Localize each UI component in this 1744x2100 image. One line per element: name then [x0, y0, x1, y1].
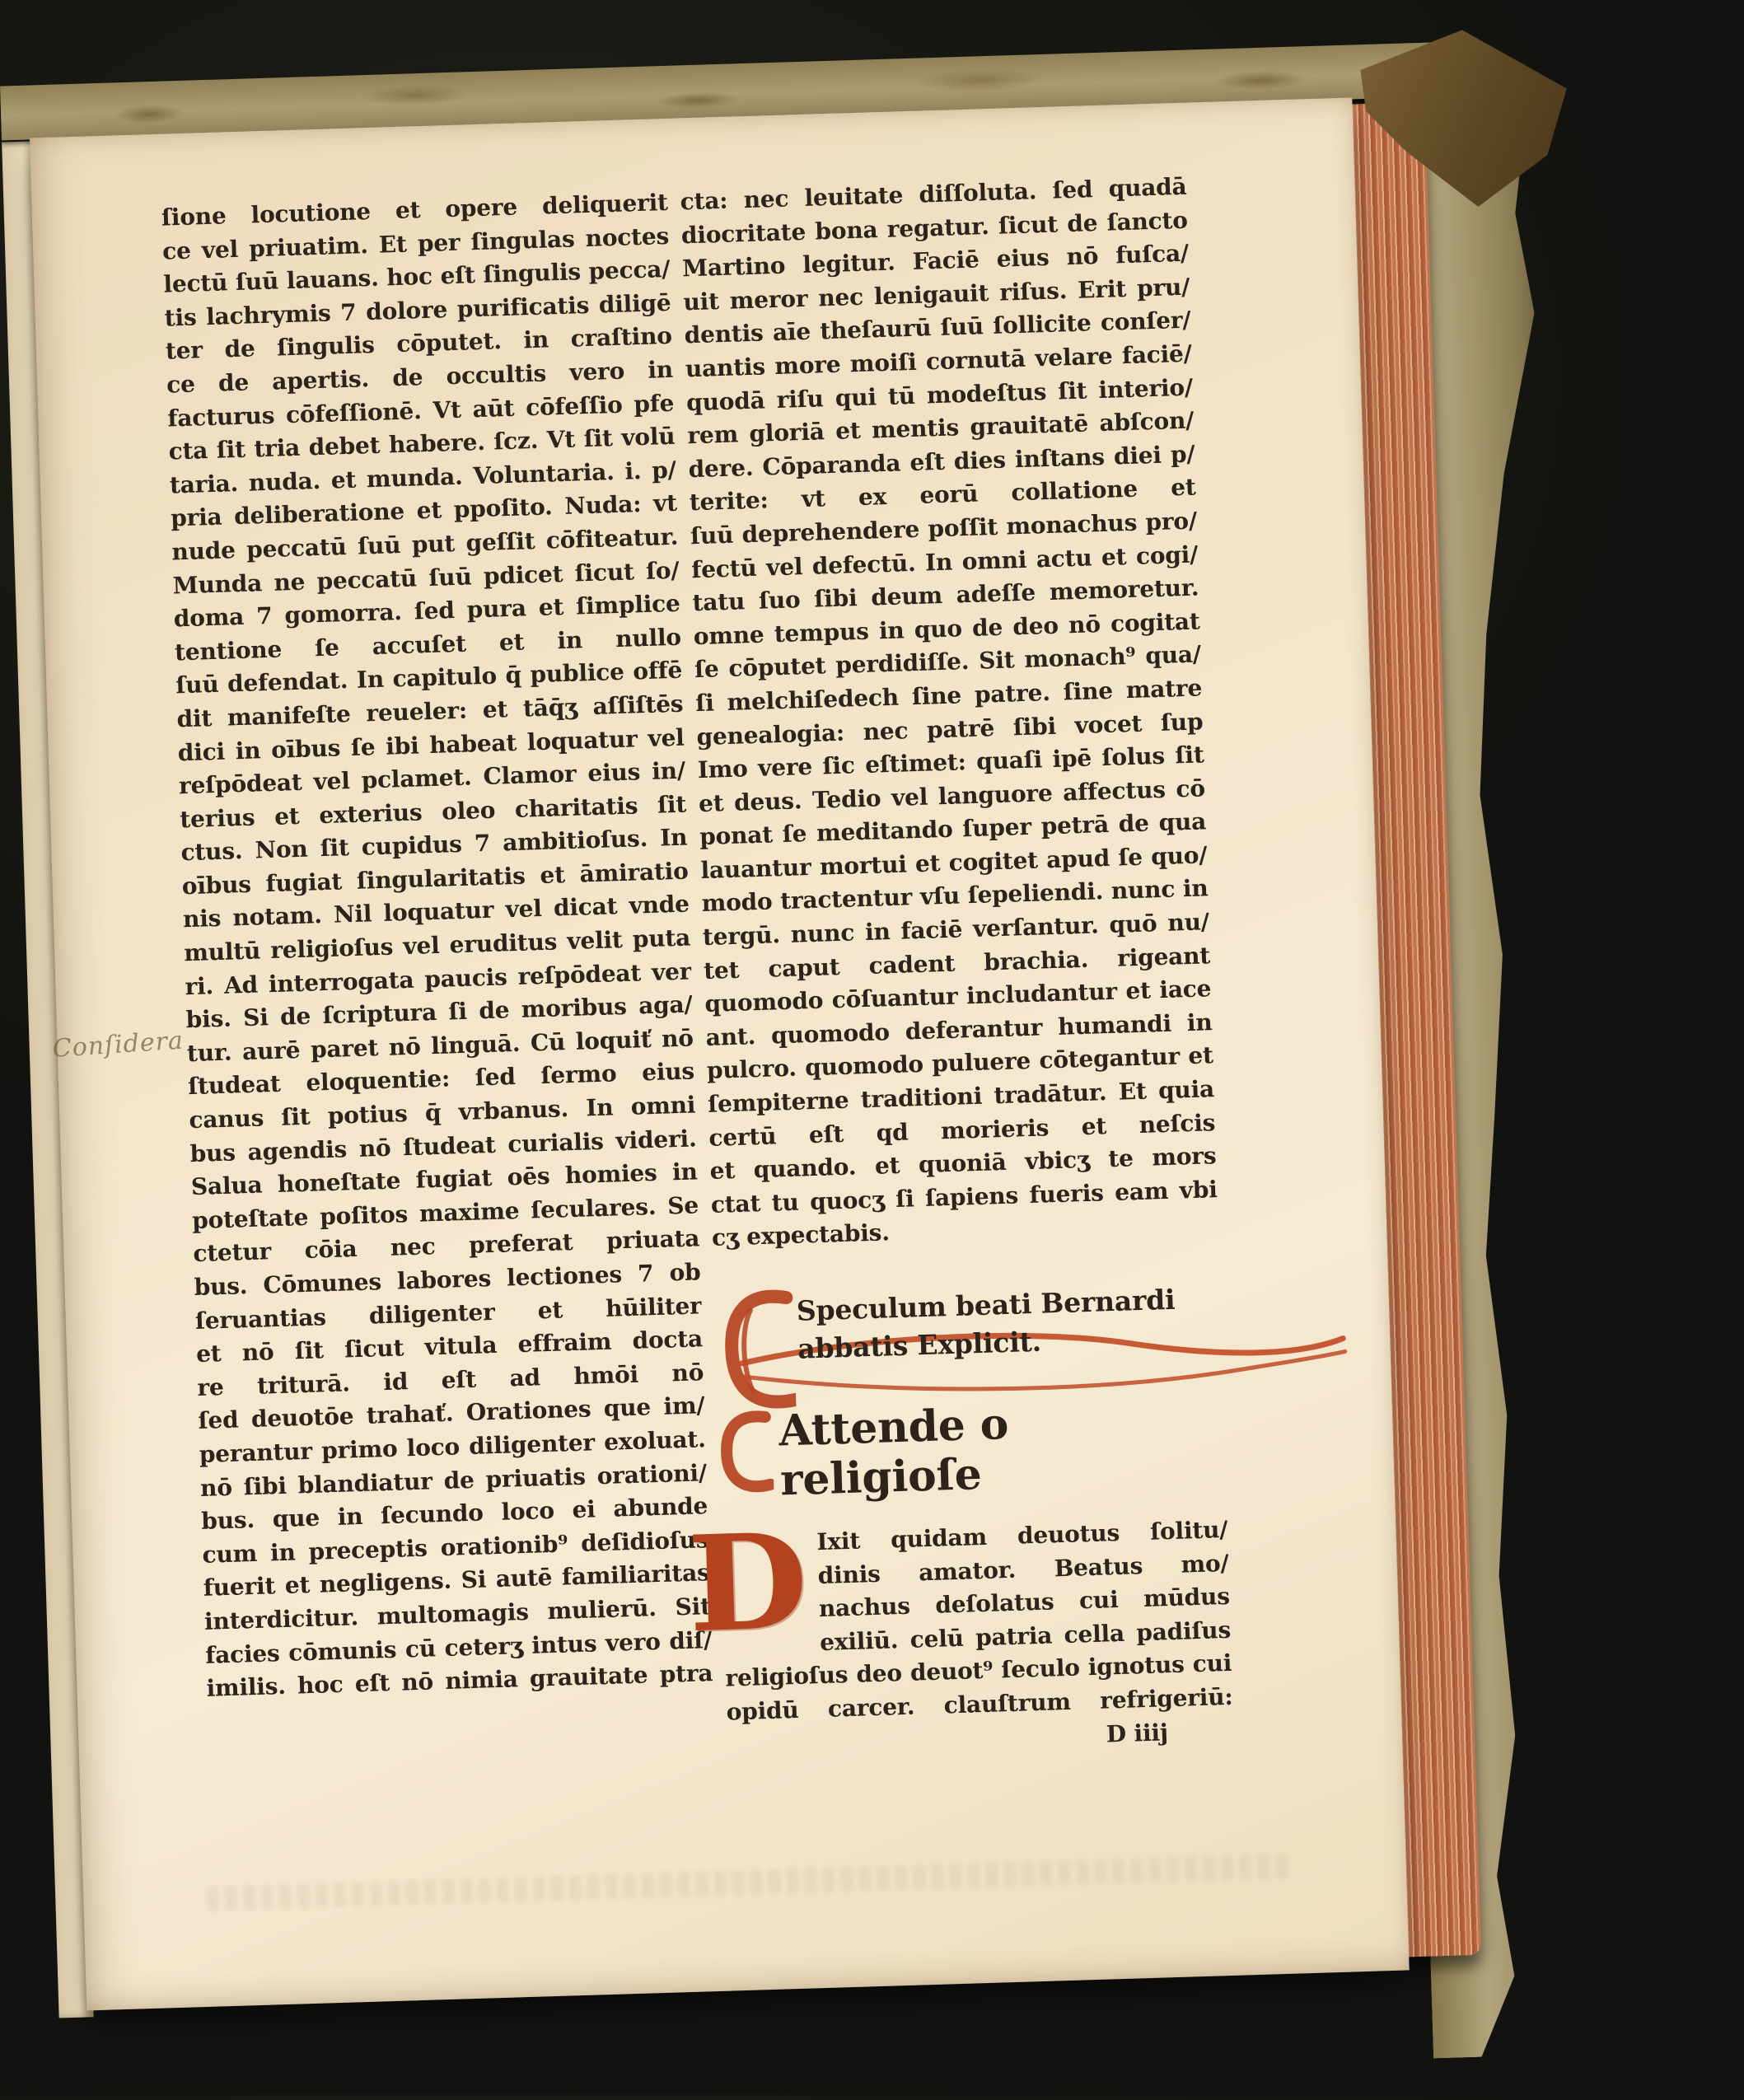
- verso-show-through: [207, 1854, 1294, 1911]
- left-column: ſione locutione et opere deliquerit publ…: [161, 186, 715, 1779]
- book: Conſidera ſione locutione et opere deliq…: [16, 91, 1606, 2024]
- right-column-lines: cta: nec leuitate diſſoluta. ſed quadā m…: [680, 171, 1218, 1256]
- printed-page: Conſidera ſione locutione et opere deliq…: [30, 97, 1410, 2010]
- right-column: cta: nec leuitate diſſoluta. ſed quadā m…: [680, 171, 1234, 1763]
- rubric-paragraph-mark-icon: [718, 1409, 774, 1496]
- final-paragraph: D Ixit quidam deuotus ſolitu/dinis amato…: [721, 1513, 1233, 1729]
- chapter-heading-text: Attende o religioſe: [778, 1399, 1009, 1505]
- explicit-block: Speculum beati Bernardi abbatis Explicit…: [713, 1279, 1223, 1371]
- rubric-paragraph-mark-icon: [720, 1286, 797, 1414]
- page-content: ſione locutione et opere deliquerit publ…: [161, 171, 1234, 1780]
- margin-annotation: Conſidera: [52, 1027, 185, 1064]
- rubric-drop-cap-initial: D: [686, 1536, 807, 1638]
